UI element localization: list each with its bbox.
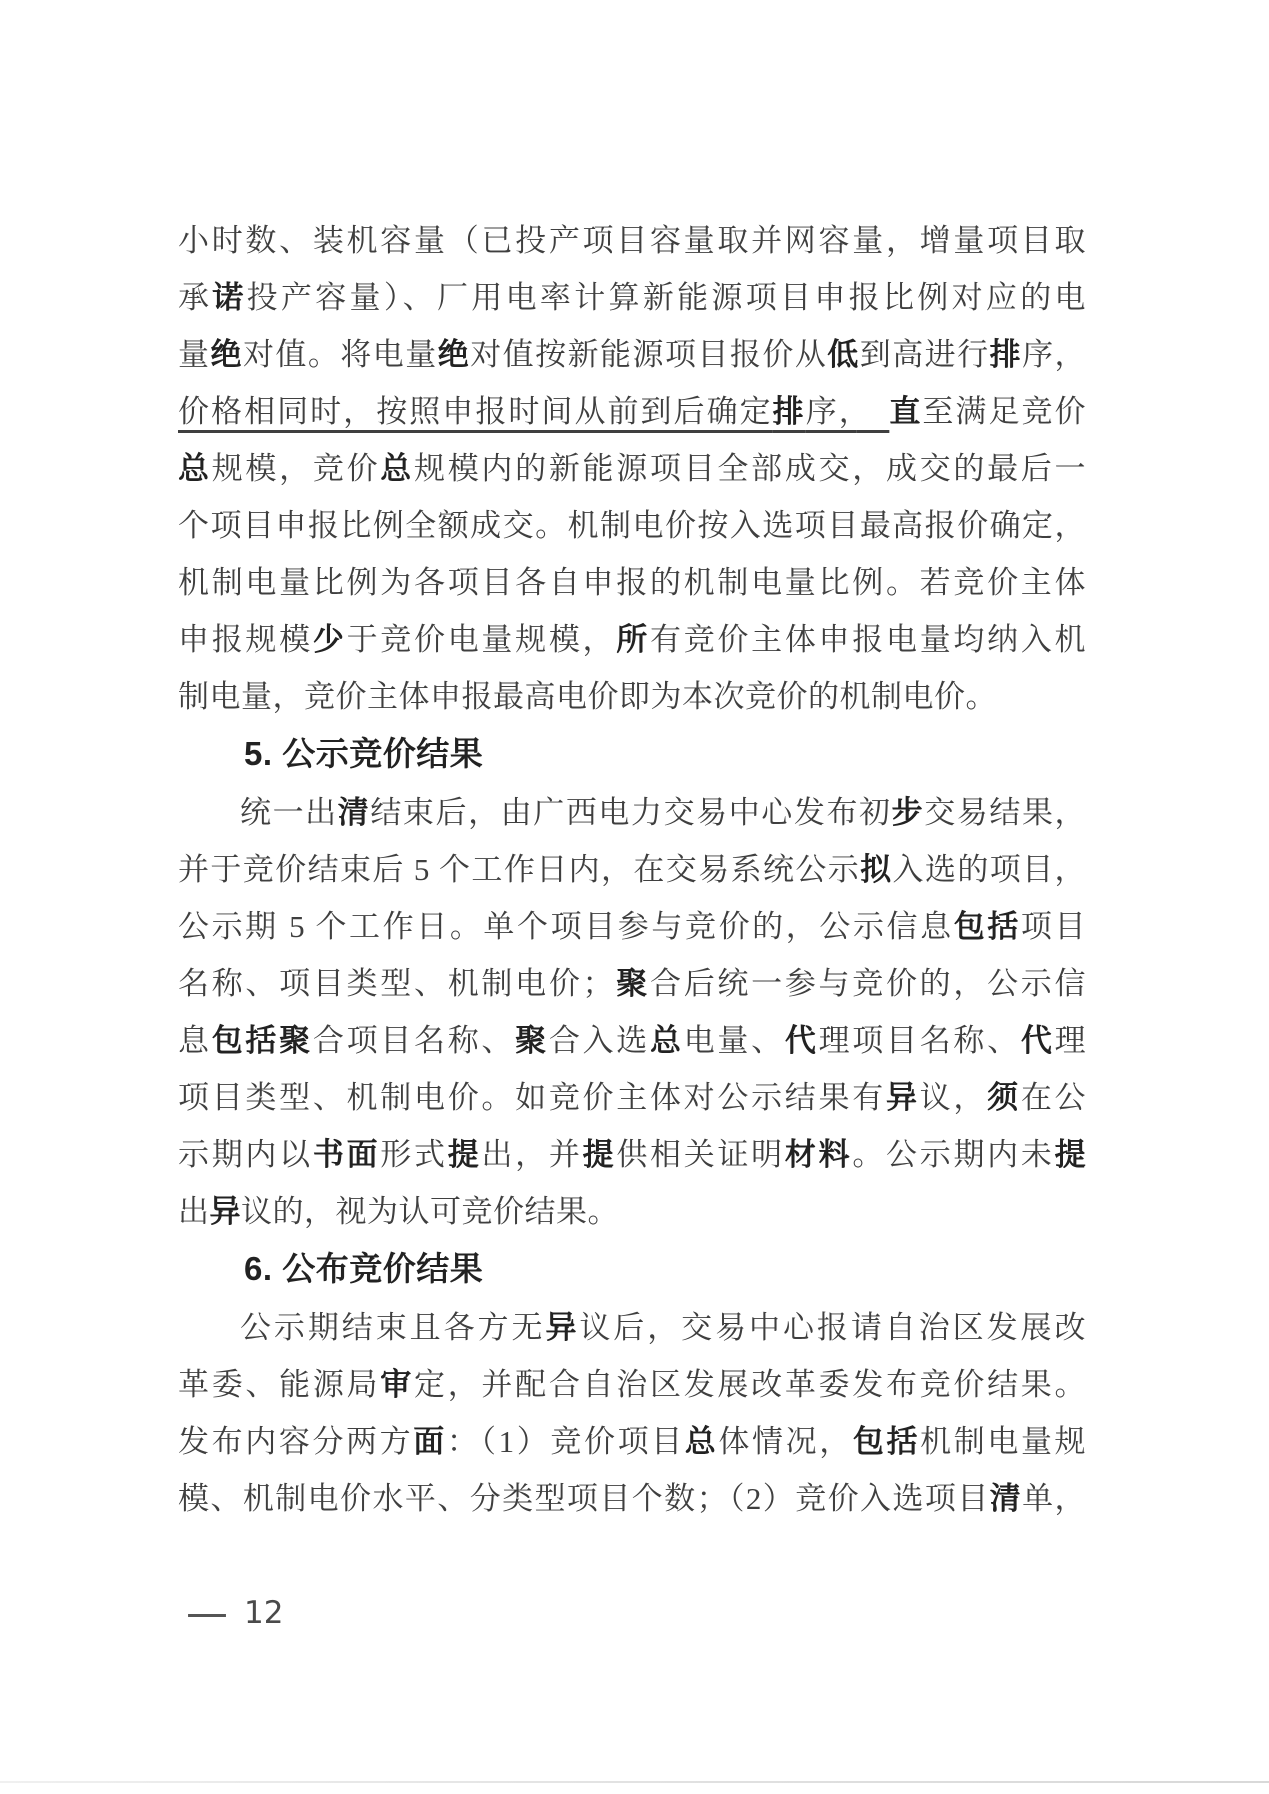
text-segment: 投产容量）、厂用电率计算新能源项目申报比例对应的电 [247,280,1086,315]
text-segment: 形式 [380,1137,447,1172]
text-segment: 聚 [515,1023,549,1058]
text-segment: 异 [545,1310,579,1345]
text-segment: 绝 [438,337,470,372]
text-segment: 代 [785,1023,819,1058]
text-segment: 发布内容分两方 [178,1424,413,1459]
text-segment: 序， [806,394,857,429]
text-segment: 规模内的新能源项目全部成交，成交的最后一 [414,451,1086,486]
text-segment: 提 [1055,1137,1086,1172]
text-line: 个项目申报比例全额成交。机制电价按入选项目最高报价确定， [178,497,1086,554]
text-segment: 公示期结束且各方无 [240,1310,545,1345]
text-segment: 总 [380,451,414,486]
text-line: 承诺投产容量）、厂用电率计算新能源项目申报比例对应的电 [178,269,1086,326]
text-segment: 理项目名称、 [819,1023,1021,1058]
text-segment: 合入选 [549,1023,650,1058]
text-segment: 价格相同时，按照申报时间从前到后确定 [178,394,773,429]
text-segment: 出 [178,1194,210,1229]
text-segment: 示期内以 [178,1137,313,1172]
text-segment: 制电量，竞价主体申报最高电价即为本次竞价的机制电价。 [178,679,997,714]
scan-page-edge [0,1781,1269,1783]
text-line: 示期内以书面形式提出，并提供相关证明材料。公示期内未提 [178,1126,1086,1183]
text-segment: 小时数、装机容量（已投产项目容量取并网容量，增量项目取 [178,223,1086,258]
text-segment: 项目类型、机制电价。如竞价主体对公示结果有 [178,1080,886,1115]
text-segment: 所 [616,622,650,657]
text-segment: 包括聚 [212,1023,313,1058]
text-segment: 名称、项目类型、机制电价； [178,966,614,1001]
text-segment: 须 [987,1080,1021,1115]
text-segment: 异 [886,1080,920,1115]
text-segment: 总 [178,451,212,486]
text-line: 发布内容分两方面：（1）竞价项目总体情况，包括机制电量规 [178,1413,1086,1470]
section-heading-6: 6. 公布竞价结果 [178,1240,1086,1299]
text-segment: 至满足竞价 [922,394,1086,429]
text-segment: 排 [773,394,806,429]
text-segment: 出，并 [481,1137,582,1172]
text-segment [856,394,889,429]
text-segment: 排 [990,337,1022,372]
text-segment: 单， [1022,1481,1086,1516]
text-line: 模、机制电价水平、分类型项目个数；（2）竞价入选项目清单， [178,1470,1086,1527]
page-footer: — 12 [186,1592,283,1634]
text-segment: 规模，竞价 [212,451,381,486]
scanned-document-page: 小时数、装机容量（已投产项目容量取并网容量，增量项目取承诺投产容量）、厂用电率计… [0,0,1269,1794]
text-segment: 个项目申报比例全额成交。机制电价按入选项目最高报价确定， [178,508,1086,543]
text-segment: 提 [583,1137,617,1172]
text-segment: 在公 [1021,1080,1086,1115]
text-segment: 总 [685,1424,719,1459]
text-segment: 申报规模 [178,622,313,657]
section-heading-5: 5. 公示竞价结果 [178,725,1086,784]
text-segment: 异 [210,1194,242,1229]
text-segment: 聚 [614,966,650,1001]
text-segment: 承 [178,280,212,315]
text-segment: 革委、能源局 [178,1367,380,1402]
text-segment: 合项目名称、 [313,1023,515,1058]
text-segment: 公示期 5 个工作日。单个项目参与竞价的，公示信息 [178,909,954,944]
text-segment: 面 [413,1424,447,1459]
text-line: 并于竞价结束后 5 个工作日内，在交易系统公示拟入选的项目， [178,841,1086,898]
text-line: 统一出清结束后，由广西电力交易中心发布初步交易结果， [178,784,1086,841]
text-line: 出异议的，视为认可竞价结果。 [178,1183,1086,1240]
text-segment: 并于竞价结束后 5 个工作日内，在交易系统公示 [178,852,860,887]
text-line: 制电量，竞价主体申报最高电价即为本次竞价的机制电价。 [178,668,1086,725]
text-segment: 议， [920,1080,987,1115]
text-segment: 入选的项目， [893,852,1086,887]
text-segment: 包括 [954,909,1021,944]
text-line: 公示期 5 个工作日。单个项目参与竞价的，公示信息包括项目 [178,898,1086,955]
text-segment: 6. 公布竞价结果 [244,1250,483,1287]
text-line: 息包括聚合项目名称、聚合入选总电量、代理项目名称、代理 [178,1012,1086,1069]
text-line: 公示期结束且各方无异议后，交易中心报请自治区发展改 [178,1299,1086,1356]
text-line: 机制电量比例为各项目各自申报的机制电量比例。若竞价主体 [178,554,1086,611]
text-segment: 对值按新能源项目报价从 [470,337,827,372]
text-segment: 步 [892,795,925,830]
text-segment: 理 [1055,1023,1086,1058]
text-segment: 书面 [313,1137,380,1172]
text-segment: 直 [889,394,922,429]
text-segment: 统一出 [240,795,338,830]
text-segment: 诺 [212,280,246,315]
text-segment: 5. 公示竞价结果 [244,735,483,772]
text-line: 项目类型、机制电价。如竞价主体对公示结果有异议，须在公 [178,1069,1086,1126]
text-segment: 序， [1022,337,1086,372]
text-segment: 审 [380,1367,414,1402]
text-segment: 议的，视为认可竞价结果。 [241,1194,619,1229]
text-line: 总规模，竞价总规模内的新能源项目全部成交，成交的最后一 [178,440,1086,497]
text-segment: 包括 [853,1424,920,1459]
text-segment: 绝 [210,337,242,372]
text-segment: 结束后，由广西电力交易中心发布初 [370,795,891,830]
text-segment: 于竞价电量规模， [347,622,617,657]
text-segment: 机制电量规 [920,1424,1086,1459]
text-segment: 息 [178,1023,212,1058]
text-segment: 对值。将电量 [243,337,438,372]
text-segment: 代 [1021,1023,1055,1058]
text-segment: ：（1）竞价项目 [447,1424,685,1459]
text-segment: 到高进行 [860,337,990,372]
text-segment: 少 [313,622,347,657]
text-segment: 清 [338,795,371,830]
text-segment: 拟 [860,852,892,887]
text-segment: 清 [990,1481,1022,1516]
text-segment: 供相关证明 [616,1137,785,1172]
text-segment: 模、机制电价水平、分类型项目个数；（2）竞价入选项目 [178,1481,990,1516]
footer-dash: — [186,1592,228,1634]
text-segment: 电量、 [684,1023,785,1058]
page-number: 12 [244,1595,283,1631]
text-segment: 交易结果， [924,795,1086,830]
text-segment: 有竞价主体申报电量均纳入机 [650,622,1086,657]
text-segment: 项目 [1021,909,1086,944]
text-segment: 。公示期内未 [852,1137,1054,1172]
text-segment: 材料 [785,1137,852,1172]
text-segment: 提 [448,1137,482,1172]
text-segment: 低 [827,337,859,372]
text-line: 小时数、装机容量（已投产项目容量取并网容量，增量项目取 [178,212,1086,269]
text-line: 价格相同时，按照申报时间从前到后确定排序， 直至满足竞价 [178,383,1086,440]
text-segment: 机制电量比例为各项目各自申报的机制电量比例。若竞价主体 [178,565,1086,600]
text-line: 革委、能源局审定，并配合自治区发展改革委发布竞价结果。 [178,1356,1086,1413]
document-body: 小时数、装机容量（已投产项目容量取并网容量，增量项目取承诺投产容量）、厂用电率计… [178,212,1086,1527]
text-segment: 体情况， [718,1424,852,1459]
text-segment: 定，并配合自治区发展改革委发布竞价结果。 [414,1367,1086,1402]
text-line: 名称、项目类型、机制电价；聚合后统一参与竞价的，公示信 [178,955,1086,1012]
text-segment: 合后统一参与竞价的，公示信 [650,966,1086,1001]
text-segment: 议后，交易中心报请自治区发展改 [579,1310,1086,1345]
text-segment: 总 [650,1023,684,1058]
text-line: 申报规模少于竞价电量规模，所有竞价主体申报电量均纳入机 [178,611,1086,668]
text-line: 量绝对值。将电量绝对值按新能源项目报价从低到高进行排序， [178,326,1086,383]
text-segment: 量 [178,337,210,372]
